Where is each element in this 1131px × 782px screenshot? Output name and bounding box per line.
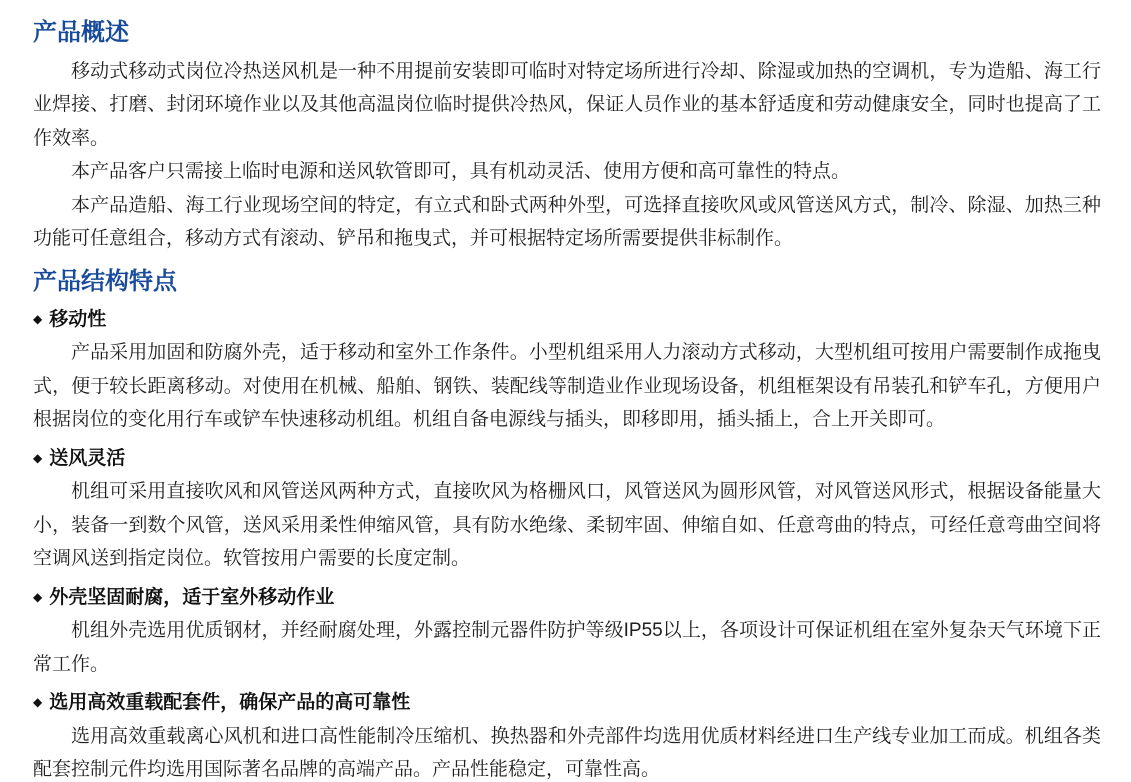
feature-body: 选用高效重载离心风机和进口高性能制冷压缩机、换热器和外壳部件均选用优质材料经进口… bbox=[33, 720, 1101, 782]
diamond-bullet-icon: ◆ bbox=[33, 686, 42, 720]
feature-title-label: 外壳坚固耐腐，适于室外移动作业 bbox=[49, 587, 334, 608]
section-features: 产品结构特点 ◆移动性 产品采用加固和防腐外壳，适于移动和室外工作条件。小型机组… bbox=[33, 268, 1101, 782]
feature-title: ◆送风灵活 bbox=[33, 442, 1101, 476]
feature-body: 机组可采用直接吹风和风管送风两种方式，直接吹风为格栅风口，风管送风为圆形风管，对… bbox=[33, 475, 1101, 576]
diamond-bullet-icon: ◆ bbox=[33, 581, 42, 615]
product-document: 产品概述 移动式移动式岗位冷热送风机是一种不用提前安装即可临时对特定场所进行冷却… bbox=[0, 0, 1131, 782]
feature-body: 产品采用加固和防腐外壳，适于移动和室外工作条件。小型机组采用人力滚动方式移动，大… bbox=[33, 336, 1101, 437]
feature-flexible-air-supply: ◆送风灵活 机组可采用直接吹风和风管送风两种方式，直接吹风为格栅风口，风管送风为… bbox=[33, 442, 1101, 576]
feature-title-label: 选用高效重载配套件，确保产品的高可靠性 bbox=[49, 692, 410, 713]
feature-body: 机组外壳选用优质钢材，并经耐腐处理，外露控制元器件防护等级IP55以上，各项设计… bbox=[33, 614, 1101, 681]
feature-durable-shell: ◆外壳坚固耐腐，适于室外移动作业 机组外壳选用优质钢材，并经耐腐处理，外露控制元… bbox=[33, 581, 1101, 682]
features-heading: 产品结构特点 bbox=[33, 268, 1101, 297]
overview-paragraph-3: 本产品造船、海工行业现场空间的特定，有立式和卧式两种外型，可选择直接吹风或风管送… bbox=[33, 189, 1101, 256]
feature-mobility: ◆移动性 产品采用加固和防腐外壳，适于移动和室外工作条件。小型机组采用人力滚动方… bbox=[33, 303, 1101, 437]
feature-title: ◆移动性 bbox=[33, 303, 1101, 337]
section-overview: 产品概述 移动式移动式岗位冷热送风机是一种不用提前安装即可临时对特定场所进行冷却… bbox=[33, 19, 1101, 256]
overview-paragraph-2: 本产品客户只需接上临时电源和送风软管即可，具有机动灵活、使用方便和高可靠性的特点… bbox=[33, 155, 1101, 189]
feature-heavy-duty-components: ◆选用高效重载配套件，确保产品的高可靠性 选用高效重载离心风机和进口高性能制冷压… bbox=[33, 686, 1101, 782]
feature-title: ◆外壳坚固耐腐，适于室外移动作业 bbox=[33, 581, 1101, 615]
overview-heading: 产品概述 bbox=[33, 19, 1101, 48]
feature-title-label: 移动性 bbox=[49, 309, 106, 330]
feature-title: ◆选用高效重载配套件，确保产品的高可靠性 bbox=[33, 686, 1101, 720]
feature-title-label: 送风灵活 bbox=[49, 448, 125, 469]
overview-paragraph-1: 移动式移动式岗位冷热送风机是一种不用提前安装即可临时对特定场所进行冷却、除湿或加… bbox=[33, 55, 1101, 156]
diamond-bullet-icon: ◆ bbox=[33, 442, 42, 476]
diamond-bullet-icon: ◆ bbox=[33, 303, 42, 337]
